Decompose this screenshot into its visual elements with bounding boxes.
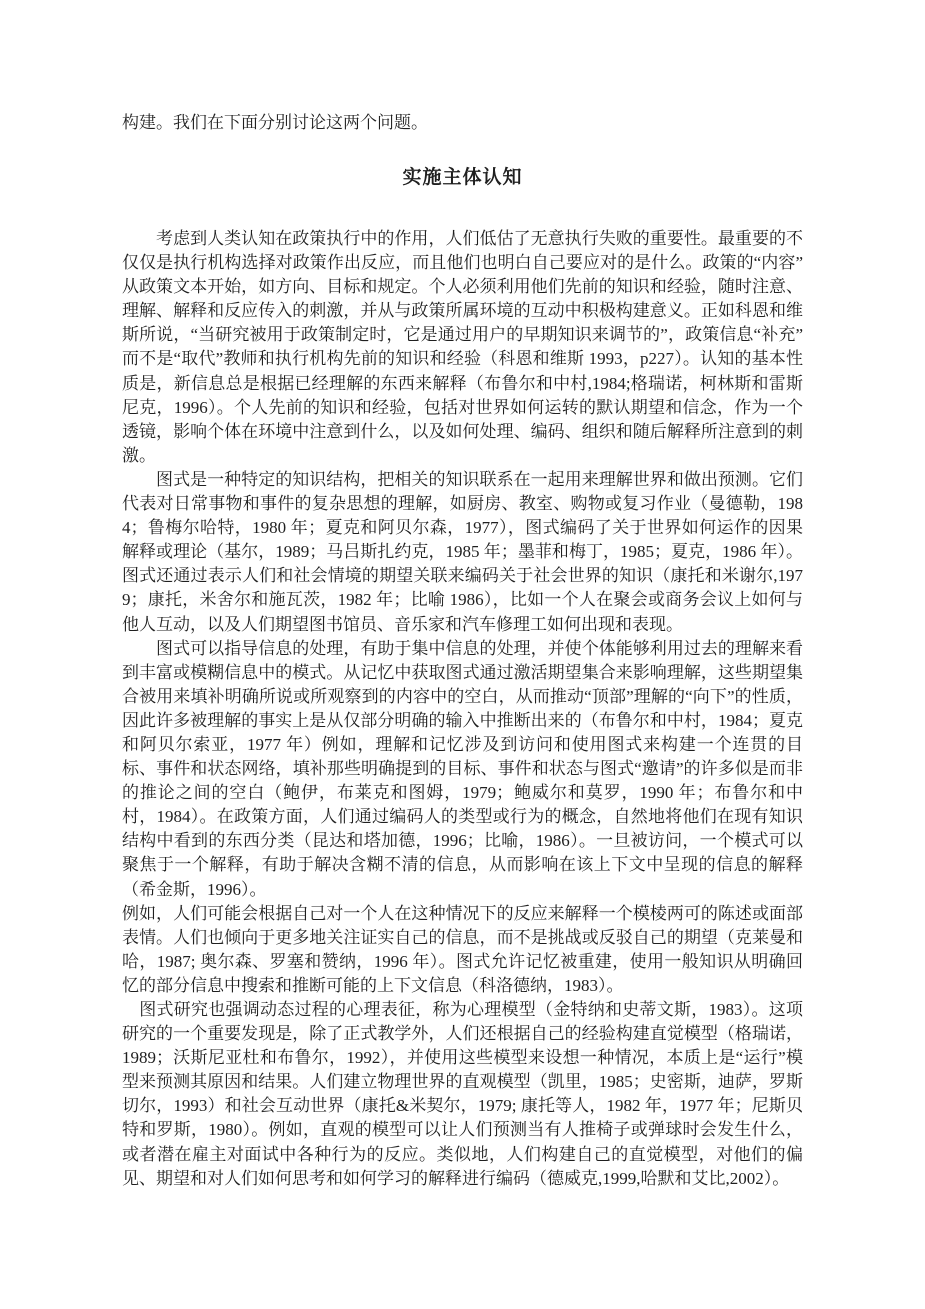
paragraph-example-interpretation: 例如，人们可能会根据自己对一个人在这种情况下的反应来解释一个模棱两可的陈述或面部… (122, 902, 803, 998)
document-body: 考虑到人类认知在政策执行中的作用，人们低估了无意执行失败的重要性。最重要的不仅仅… (122, 227, 803, 1191)
paragraph-mental-models: 图式研究也强调动态过程的心理表征，称为心理模型（金特纳和史蒂文斯，1983）。这… (122, 998, 803, 1191)
paragraph-schema-definition: 图式是一种特定的知识结构，把相关的知识联系在一起用来理解世界和做出预测。它们代表… (122, 468, 803, 637)
section-heading: 实施主体认知 (122, 165, 803, 191)
paragraph-schema-processing: 图式可以指导信息的处理，有助于集中信息的处理，并使个体能够利用过去的理解来看到丰… (122, 637, 803, 902)
intro-text: 构建。我们在下面分别讨论这两个问题。 (122, 111, 803, 135)
paragraph-cognition-role: 考虑到人类认知在政策执行中的作用，人们低估了无意执行失败的重要性。最重要的不仅仅… (122, 227, 803, 468)
document-page: 构建。我们在下面分别讨论这两个问题。 实施主体认知 考虑到人类认知在政策执行中的… (0, 0, 925, 1309)
